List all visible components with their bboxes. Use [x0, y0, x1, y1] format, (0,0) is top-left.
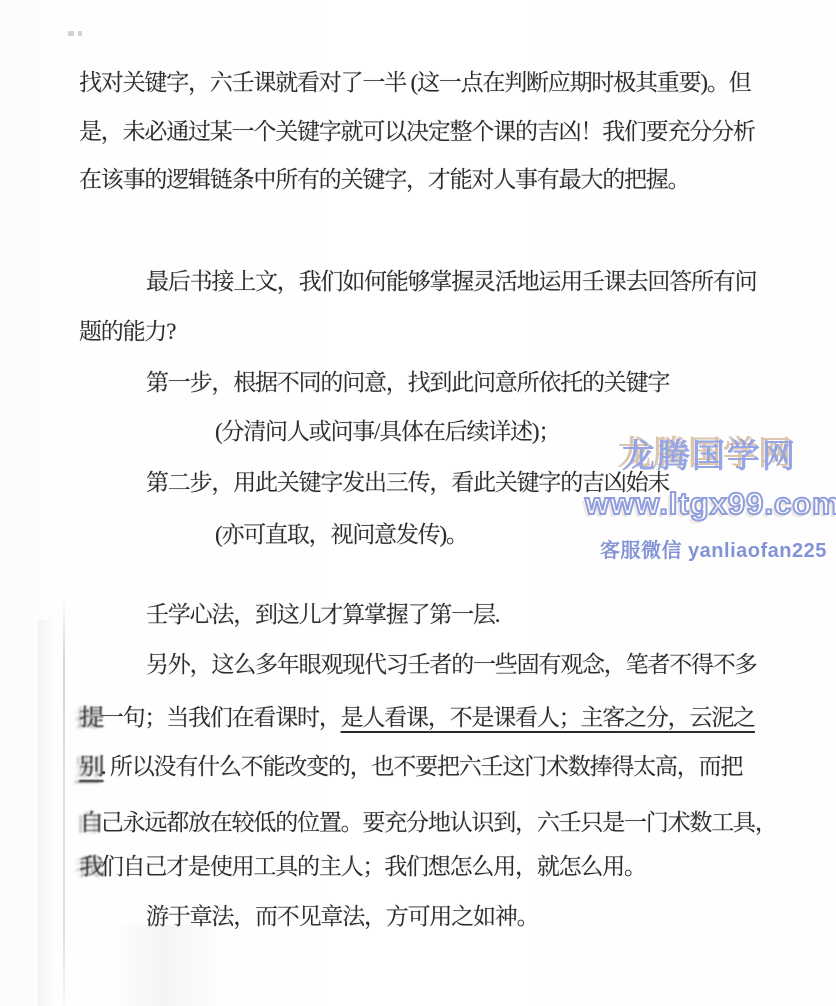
text-line: 别. 所以没有什么不能改变的，也不要把六壬这门术数捧得太高，而把	[79, 751, 742, 783]
smudged-char: 别	[79, 751, 103, 783]
smudged-char: 提	[79, 702, 103, 734]
smudged-char: 我	[79, 851, 103, 883]
scan-edge-line	[63, 595, 65, 1006]
text-segment: 一句；当我们在看课时，	[101, 705, 341, 730]
text-segment: (亦可直取，视问意发传)。	[215, 522, 468, 547]
text-segment: 在该事的逻辑链条中所有的关键字，才能对人事有最大的把握。	[79, 167, 689, 192]
document-page: 找对关键字，六壬课就看对了一半 (这一点在判断应期时极其重要)。但是，未必通过某…	[0, 0, 836, 1006]
text-segment: 壬学心法，到这儿才算掌握了第一层.	[146, 602, 499, 627]
text-line: 题的能力?	[79, 316, 175, 348]
text-segment: 们自己才是使用工具的主人；我们想怎么用，就怎么用。	[101, 854, 646, 879]
text-line: 我们自己才是使用工具的主人；我们想怎么用，就怎么用。	[79, 851, 646, 883]
text-segment: 是人看课，不是课看人；主客之分，云泥之	[341, 705, 755, 730]
text-segment: (分清问人或问事/具体在后续详述)；	[215, 419, 560, 444]
text-segment: 是，未必通过某一个关键字就可以决定整个课的吉凶！我们要充分分析	[79, 119, 755, 144]
text-line: 在该事的逻辑链条中所有的关键字，才能对人事有最大的把握。	[79, 164, 689, 196]
text-segment: 另外，这么多年眼观现代习壬者的一些固有观念，笔者不得不多	[146, 652, 756, 677]
text-segment: 第二步，用此关键字发出三传，看此关键字的吉凶始末	[146, 470, 669, 495]
text-line: (亦可直取，视问意发传)。	[215, 519, 468, 551]
text-line: 是，未必通过某一个关键字就可以决定整个课的吉凶！我们要充分分析	[79, 116, 755, 148]
text-segment: 己永远都放在较低的位置。要充分地认识到，六壬只是一门术数工具，	[101, 810, 777, 835]
text-line: 第二步，用此关键字发出三传，看此关键字的吉凶始末	[146, 467, 669, 499]
text-line: 另外，这么多年眼观现代习壬者的一些固有观念，笔者不得不多	[146, 649, 756, 681]
text-layer: 找对关键字，六壬课就看对了一半 (这一点在判断应期时极其重要)。但是，未必通过某…	[0, 0, 836, 1006]
scan-corner-mark	[68, 31, 74, 36]
text-segment: 找对关键字，六壬课就看对了一半 (这一点在判断应期时极其重要)。但	[79, 70, 750, 95]
text-segment: 最后书接上文，我们如何能够掌握灵活地运用壬课去回答所有问	[146, 269, 756, 294]
text-line: 提一句；当我们在看课时，是人看课，不是课看人；主客之分，云泥之	[79, 702, 755, 734]
scan-bottom-smudge	[112, 925, 227, 1006]
smudged-char: 自	[79, 807, 103, 839]
text-line: 壬学心法，到这儿才算掌握了第一层.	[146, 599, 499, 631]
scan-left-shade	[38, 620, 54, 1006]
text-line: 找对关键字，六壬课就看对了一半 (这一点在判断应期时极其重要)。但	[79, 67, 750, 99]
text-line: 自己永远都放在较低的位置。要充分地认识到，六壬只是一门术数工具，	[79, 807, 777, 839]
text-segment: . 所以没有什么不能改变的，也不要把六壬这门术数捧得太高，而把	[101, 754, 742, 779]
text-line: 第一步，根据不同的问意，找到此问意所依托的关键字	[146, 367, 669, 399]
text-line: 最后书接上文，我们如何能够掌握灵活地运用壬课去回答所有问	[146, 266, 756, 298]
text-line: (分清问人或问事/具体在后续详述)；	[215, 416, 560, 448]
text-segment: 第一步，根据不同的问意，找到此问意所依托的关键字	[146, 370, 669, 395]
scan-corner-mark	[78, 31, 82, 36]
text-segment: 题的能力?	[79, 319, 175, 344]
